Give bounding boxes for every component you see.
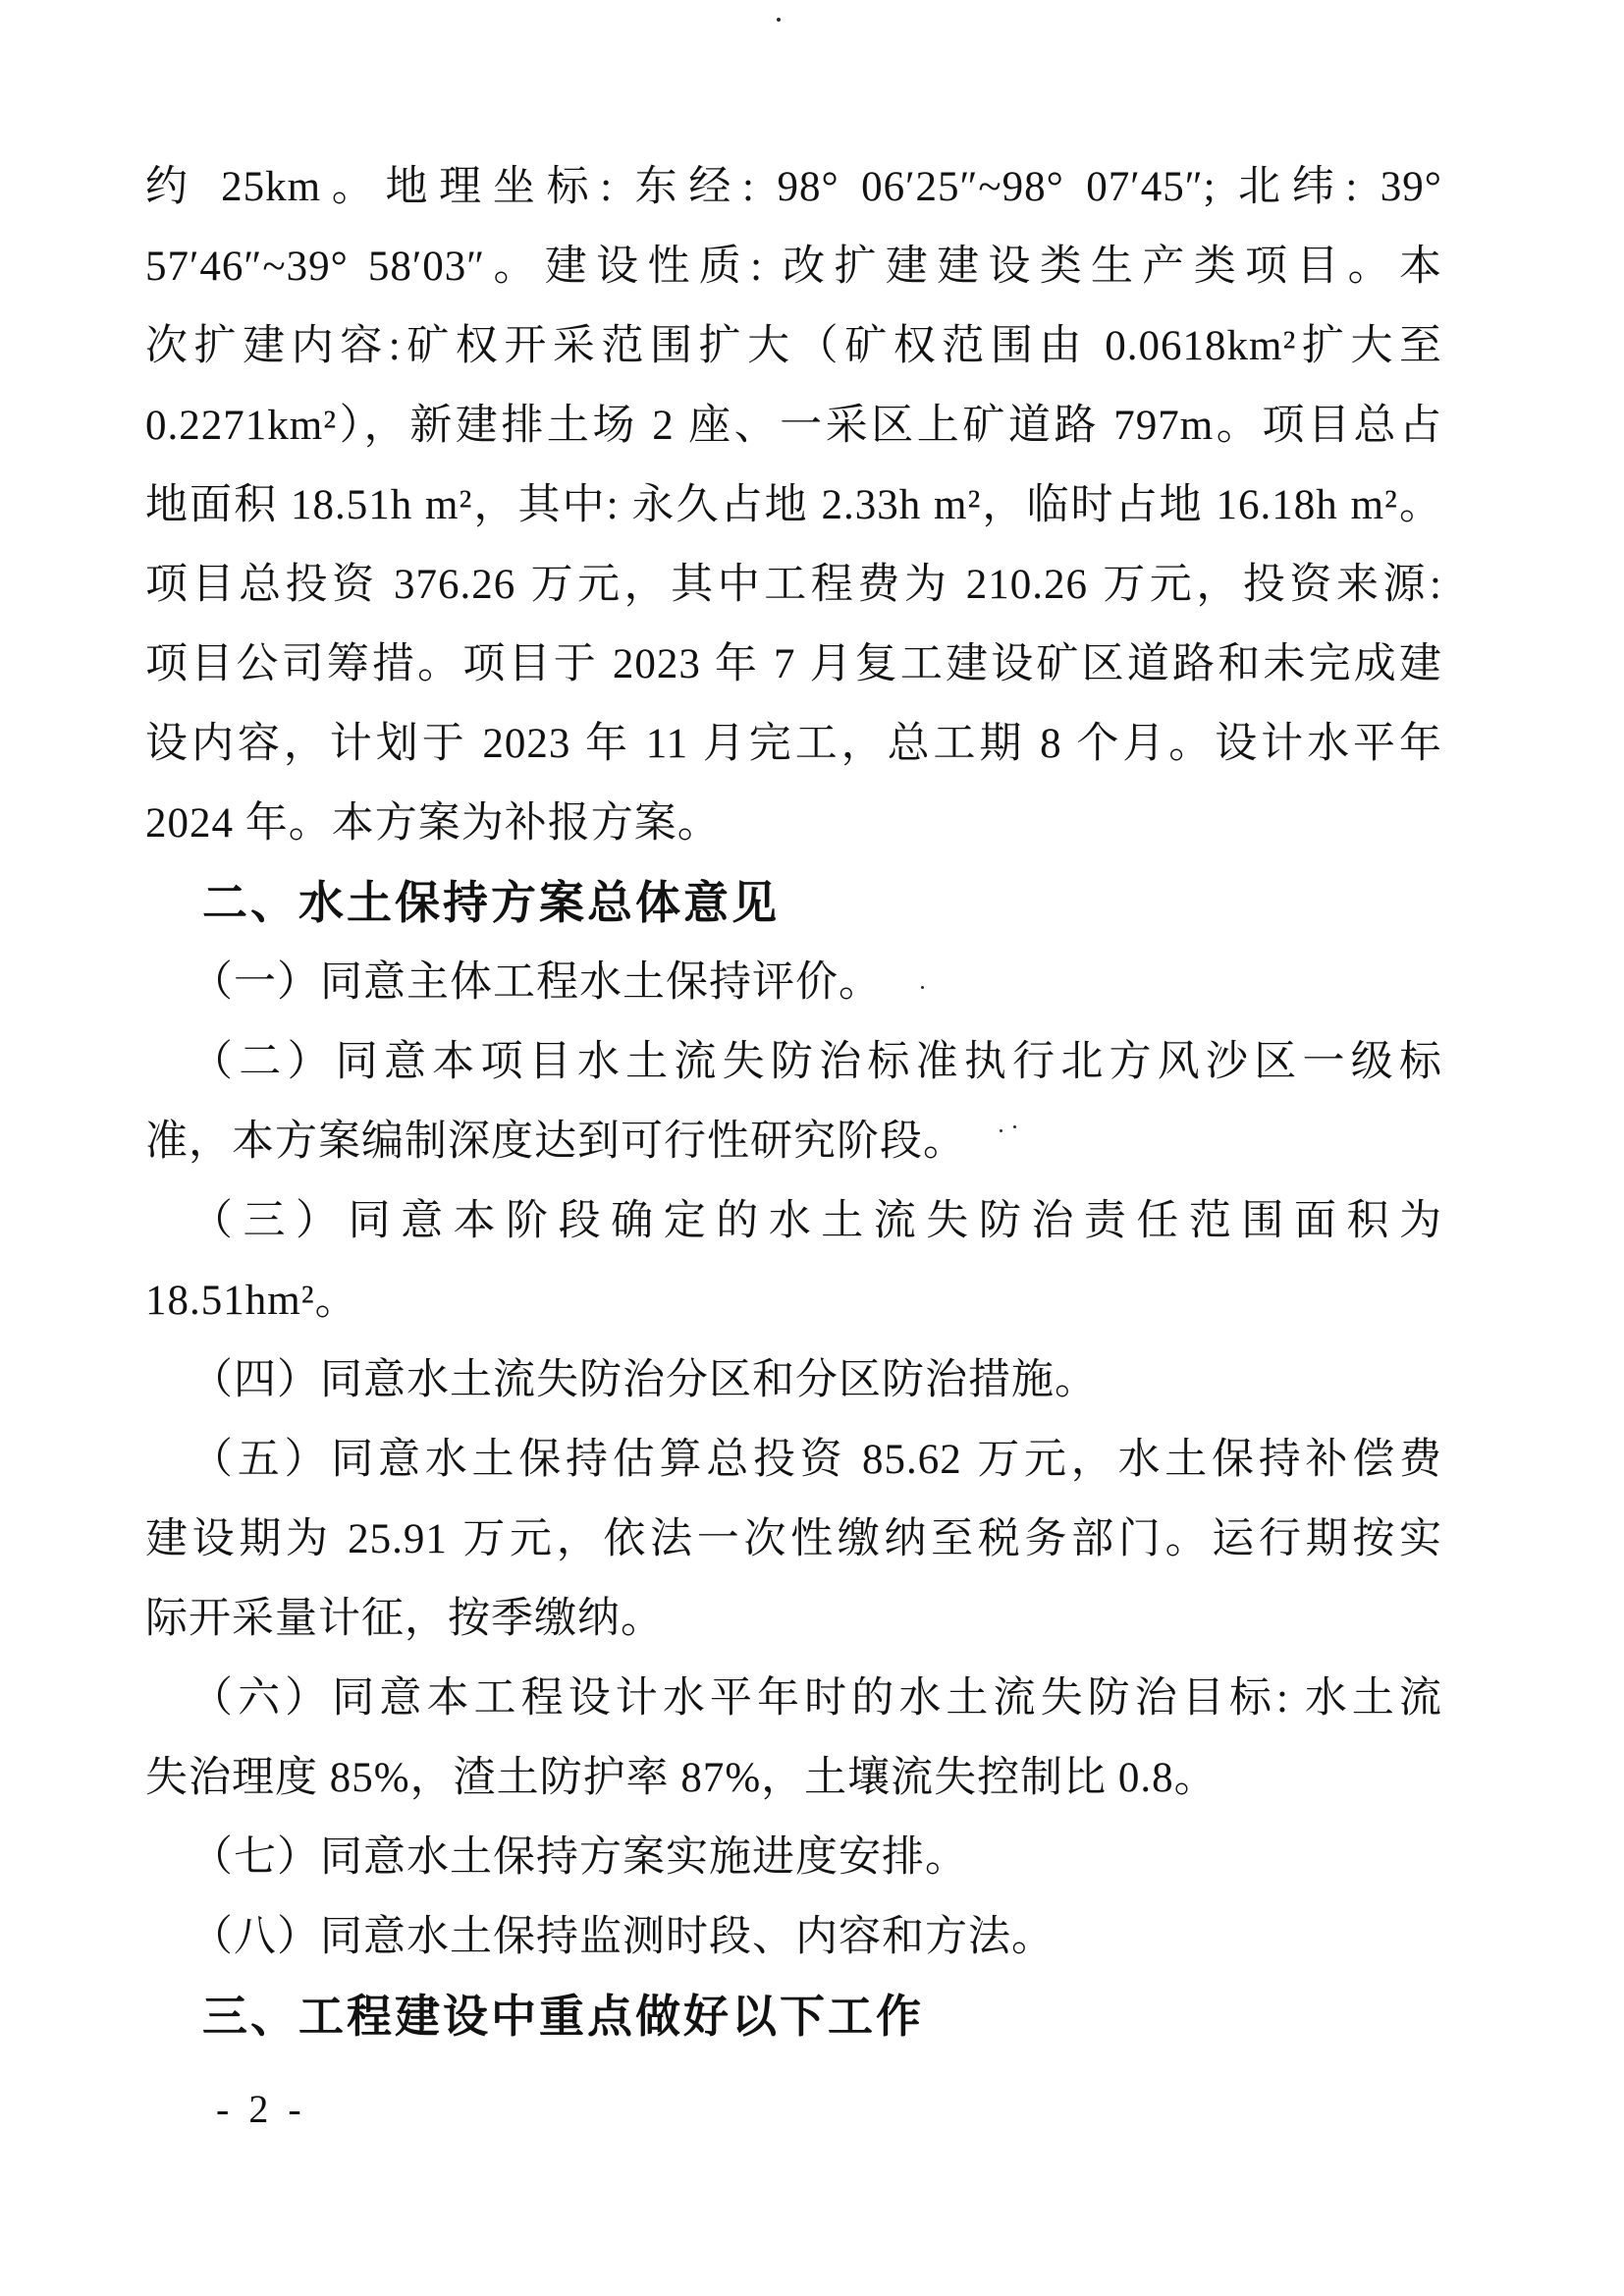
scan-artifact: [1013, 1125, 1016, 1128]
text-line: 地面积 18.51h m²，其中: 永久占地 2.33h m²，临时占地 16.…: [145, 465, 1442, 545]
text-line: 项目总投资 376.26 万元，其中工程费为 210.26 万元，投资来源:: [145, 545, 1442, 625]
list-item-6: （六）同意本工程设计水平年时的水土流失防治目标: 水土流: [145, 1659, 1442, 1738]
list-item-5: （五）同意水土保持估算总投资 85.62 万元，水土保持补偿费: [145, 1420, 1442, 1500]
list-item-1: （一）同意主体工程水土保持评价。: [145, 943, 1442, 1022]
text-line: 次扩建内容:矿权开采范围扩大（矿权范围由 0.0618km²扩大至: [145, 306, 1442, 386]
scan-artifact: [1000, 1129, 1002, 1132]
text-line: 18.51hm²。: [145, 1261, 1442, 1340]
scan-artifact: [777, 18, 781, 22]
list-item-4: （四）同意水土流失防治分区和分区防治措施。: [145, 1340, 1442, 1420]
text-line: 项目公司筹措。项目于 2023 年 7 月复工建设矿区道路和未完成建: [145, 625, 1442, 704]
scanned-document-page: 约 25km。地理坐标: 东经: 98° 06′25″~98° 07′45″; …: [0, 0, 1624, 2296]
text-line: 建设期为 25.91 万元，依法一次性缴纳至税务部门。运行期按实: [145, 1500, 1442, 1579]
text-line: 准，本方案编制深度达到可行性研究阶段。: [145, 1102, 1442, 1181]
text-line: 0.2271km²），新建排土场 2 座、一采区上矿道路 797m。项目总占: [145, 386, 1442, 465]
section-heading-3: 三、工程建设中重点做好以下工作: [145, 1977, 1442, 2056]
scan-artifact: [921, 986, 924, 989]
list-item-8: （八）同意水土保持监测时段、内容和方法。: [145, 1897, 1442, 1977]
document-body: 约 25km。地理坐标: 东经: 98° 06′25″~98° 07′45″; …: [145, 147, 1442, 2056]
section-heading-2: 二、水土保持方案总体意见: [145, 863, 1442, 943]
text-line: 2024 年。本方案为补报方案。: [145, 784, 1442, 863]
list-item-7: （七）同意水土保持方案实施进度安排。: [145, 1818, 1442, 1897]
text-line: 失治理度 85%，渣土防护率 87%，土壤流失控制比 0.8。: [145, 1738, 1442, 1818]
page-number: - 2 -: [216, 2086, 306, 2132]
text-line: 约 25km。地理坐标: 东经: 98° 06′25″~98° 07′45″; …: [145, 147, 1442, 227]
list-item-2: （二）同意本项目水土流失防治标准执行北方风沙区一级标: [145, 1022, 1442, 1102]
text-line: 际开采量计征，按季缴纳。: [145, 1579, 1442, 1659]
text-line: 57′46″~39° 58′03″。建设性质: 改扩建建设类生产类项目。本: [145, 227, 1442, 306]
text-line: 设内容，计划于 2023 年 11 月完工，总工期 8 个月。设计水平年: [145, 704, 1442, 784]
list-item-3: （三）同意本阶段确定的水土流失防治责任范围面积为: [145, 1181, 1442, 1261]
